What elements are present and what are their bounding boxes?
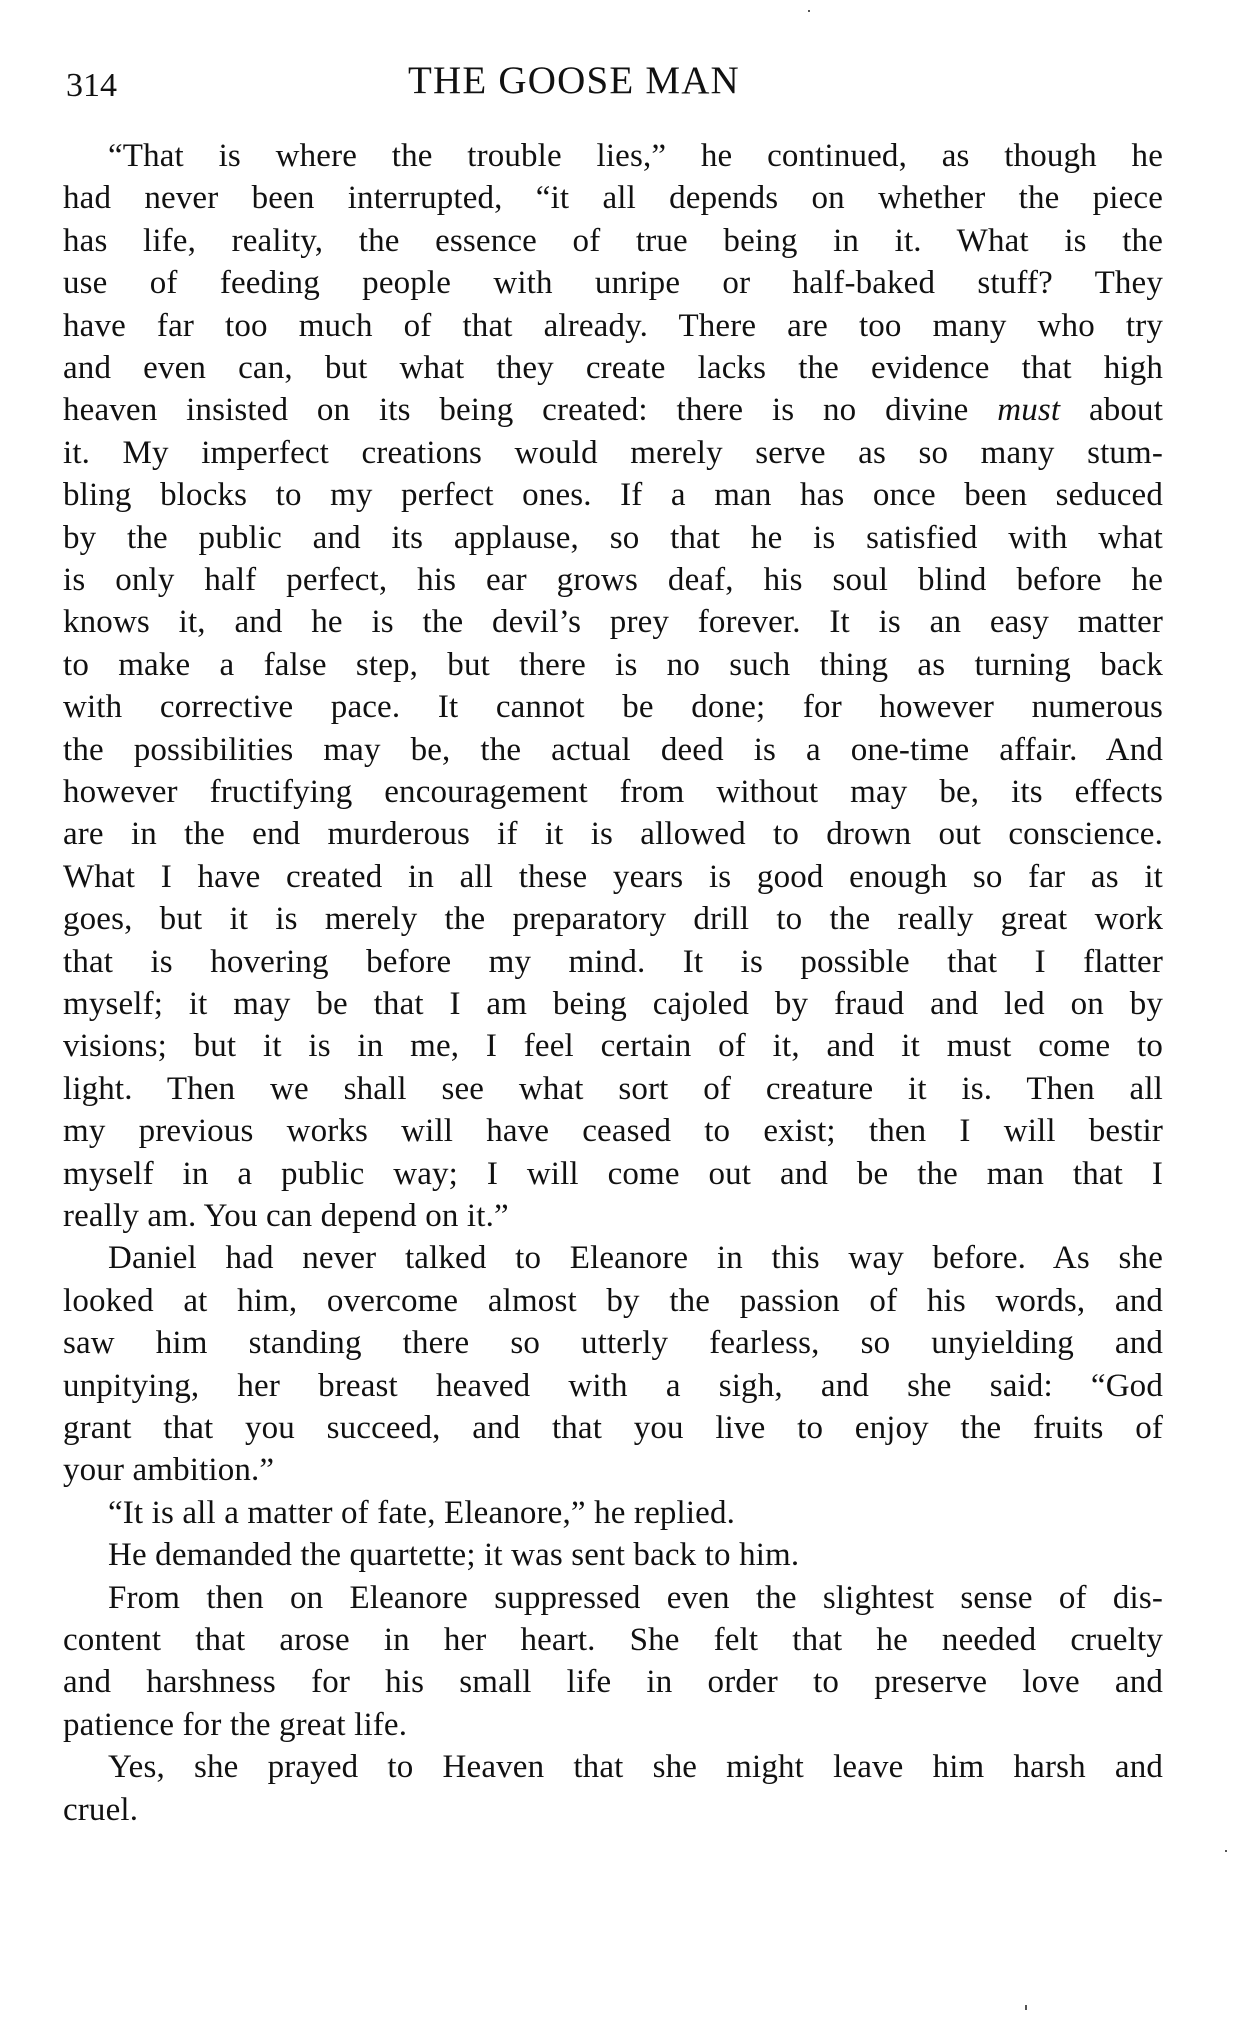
text-line: and even can, but what they create lacks… (63, 347, 1163, 389)
text-line: cruel. (63, 1789, 1163, 1831)
scan-speck (808, 10, 810, 12)
text-line: that is hovering before my mind. It is p… (63, 941, 1163, 983)
page-number: 314 (66, 66, 117, 106)
text-line-with-italic: heaven insisted on its being created: th… (63, 389, 1163, 431)
text-line: content that arose in her heart. She fel… (63, 1619, 1163, 1661)
text-line: the possibilities may be, the actual dee… (63, 729, 1163, 771)
text-line: your ambition.” (63, 1449, 1163, 1491)
text-line: is only half perfect, his ear grows deaf… (63, 559, 1163, 601)
scan-speck (1025, 2005, 1027, 2010)
text-line: He demanded the quartette; it was sent b… (108, 1534, 1163, 1576)
running-title: THE GOOSE MAN (408, 58, 818, 104)
running-head: 314 THE GOOSE MAN (0, 0, 1233, 120)
text-line: my previous works will have ceased to ex… (63, 1110, 1163, 1152)
text-line: myself in a public way; I will come out … (63, 1153, 1163, 1195)
text-segment: heaven insisted on its being created: th… (63, 392, 997, 428)
text-line: saw him standing there so utterly fearle… (63, 1322, 1163, 1364)
text-line: myself; it may be that I am being cajole… (63, 983, 1163, 1025)
text-line: have far too much of that already. There… (63, 305, 1163, 347)
text-line: and harshness for his small life in orde… (63, 1661, 1163, 1703)
text-line: visions; but it is in me, I feel certain… (63, 1025, 1163, 1067)
text-line: use of feeding people with unripe or hal… (63, 262, 1163, 304)
text-line: bling blocks to my perfect ones. If a ma… (63, 474, 1163, 516)
book-page: 314 THE GOOSE MAN “That is where the tro… (0, 0, 1233, 2033)
text-line: goes, but it is merely the preparatory d… (63, 898, 1163, 940)
text-line: by the public and its applause, so that … (63, 517, 1163, 559)
italic-word: must (997, 392, 1060, 428)
text-line: looked at him, overcome almost by the pa… (63, 1280, 1163, 1322)
text-line: unpitying, her breast heaved with a sigh… (63, 1365, 1163, 1407)
text-line: really am. You can depend on it.” (63, 1195, 1163, 1237)
text-line: “It is all a matter of fate, Eleanore,” … (108, 1492, 1163, 1534)
text-line: grant that you succeed, and that you liv… (63, 1407, 1163, 1449)
text-line: light. Then we shall see what sort of cr… (63, 1068, 1163, 1110)
text-line: with corrective pace. It cannot be done;… (63, 686, 1163, 728)
text-line: are in the end murderous if it is allowe… (63, 813, 1163, 855)
text-line: What I have created in all these years i… (63, 856, 1163, 898)
text-line: had never been interrupted, “it all depe… (63, 177, 1163, 219)
text-line: it. My imperfect creations would merely … (63, 432, 1163, 474)
text-line: From then on Eleanore suppressed even th… (108, 1577, 1163, 1619)
text-line: Daniel had never talked to Eleanore in t… (108, 1237, 1163, 1279)
text-segment: about (1060, 392, 1163, 428)
text-line: patience for the great life. (63, 1704, 1163, 1746)
text-line: however fructifying encouragement from w… (63, 771, 1163, 813)
text-line: knows it, and he is the devil’s prey for… (63, 601, 1163, 643)
text-line: to make a false step, but there is no su… (63, 644, 1163, 686)
text-line: has life, reality, the essence of true b… (63, 220, 1163, 262)
scan-speck (1225, 1850, 1227, 1852)
text-line: Yes, she prayed to Heaven that she might… (108, 1746, 1163, 1788)
text-line: “That is where the trouble lies,” he con… (108, 135, 1163, 177)
